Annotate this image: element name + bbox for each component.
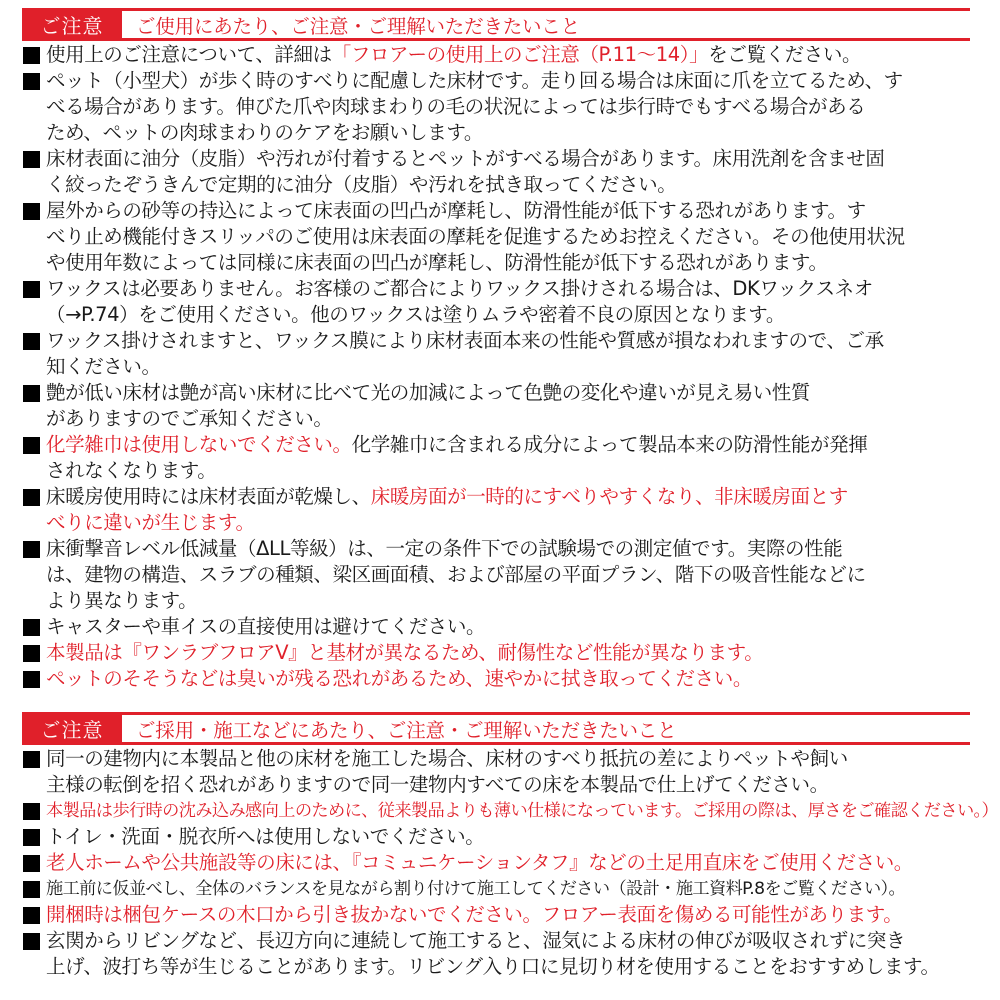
- notice-item: 同一の建物内に本製品と他の床材を施工した場合、床材のすべり抵抗の差によりペットや…: [22, 746, 970, 798]
- body-text: や使用年数によっては同様に床表面の凹凸が摩耗し、防滑性能が低下する恐れがあります…: [46, 251, 828, 274]
- emphasis-text: 老人ホームや公共施設等の床には、『コミュニケーションタフ』などの土足用直床をご使…: [46, 851, 913, 874]
- notice-line: 施工前に仮並べし、全体のバランスを見ながら割り付けて施工してください（設計・施工…: [46, 876, 970, 902]
- notice-line: べり止め機能付きスリッパのご使用は床表面の摩耗を促進するためお控えください。その…: [46, 224, 970, 250]
- notice-line: 同一の建物内に本製品と他の床材を施工した場合、床材のすべり抵抗の差によりペットや…: [46, 746, 970, 772]
- square-bullet-icon: [23, 671, 40, 688]
- square-bullet-icon: [23, 855, 40, 872]
- notice-line: トイレ・洗面・脱衣所へは使用しないでください。: [46, 824, 970, 850]
- notice-item: 本製品は『ワンラブフロアV』と基材が異なるため、耐傷性など性能が異なります。: [22, 640, 970, 666]
- notice-line: く絞ったぞうきんで定期的に油分（皮脂）や汚れを拭き取ってください。: [46, 172, 970, 198]
- body-text: 同一の建物内に本製品と他の床材を施工した場合、床材のすべり抵抗の差によりペットや…: [46, 747, 848, 770]
- notice-item: ペットのそそうなどは臭いが残る恐れがあるため、速やかに拭き取ってください。: [22, 666, 970, 692]
- square-bullet-icon: [23, 881, 40, 898]
- body-text: く絞ったぞうきんで定期的に油分（皮脂）や汚れを拭き取ってください。: [46, 173, 676, 196]
- notice-line: ため、ペットの肉球まわりのケアをお願いします。: [46, 120, 970, 146]
- body-text: 床衝撃音レベル低減量（ΔLL等級）は、一定の条件下での試験場での測定値です。実際…: [46, 537, 842, 560]
- body-text: ワックス掛けされますと、ワックス膜により床材表面本来の性能や質感が損なわれますの…: [46, 329, 884, 352]
- emphasis-text: 「フロアーの使用上のご注意（P.11〜14）」: [332, 43, 709, 66]
- body-text: をご覧ください。: [708, 43, 861, 66]
- square-bullet-icon: [23, 907, 40, 924]
- emphasis-text: 開梱時は梱包ケースの木口から引き抜かないでください。フロアー表面を傷める可能性が…: [46, 903, 902, 926]
- body-text: がありますのでご承知ください。: [46, 407, 333, 430]
- notice-item: 艶が低い床材は艶が高い床材に比べて光の加減によって色艶の変化や違いが見え易い性質…: [22, 380, 970, 432]
- square-bullet-icon: [23, 619, 40, 636]
- body-text: 施工前に仮並べし、全体のバランスを見ながら割り付けて施工してください（設計・施工…: [46, 879, 905, 899]
- notice-item: ワックス掛けされますと、ワックス膜により床材表面本来の性能や質感が損なわれますの…: [22, 328, 970, 380]
- notice-item: 床材表面に油分（皮脂）や汚れが付着するとペットがすべる場合があります。床用洗剤を…: [22, 146, 970, 198]
- body-text: 床暖房使用時には床材表面が乾燥し、: [46, 485, 371, 508]
- notice-title: ご採用・施工などにあたり、ご注意・ご理解いただきたいこと: [122, 715, 676, 742]
- square-bullet-icon: [23, 333, 40, 350]
- notice-header: ご注意 ご使用にあたり、ご注意・ご理解いただきたいこと: [22, 8, 970, 41]
- square-bullet-icon: [23, 933, 40, 950]
- body-text: は、建物の構造、スラブの種類、梁区画面積、および部屋の平面プラン、階下の吸音性能…: [46, 563, 866, 586]
- square-bullet-icon: [23, 203, 40, 220]
- notice-item: 老人ホームや公共施設等の床には、『コミュニケーションタフ』などの土足用直床をご使…: [22, 850, 970, 876]
- notice-item: キャスターや車イスの直接使用は避けてください。: [22, 614, 970, 640]
- notice-line: 床暖房使用時には床材表面が乾燥し、床暖房面が一時的にすべりやすくなり、非床暖房面…: [46, 484, 970, 510]
- notice-line: （→P.74）をご使用ください。他のワックスは塗りムラや密着不良の原因となります…: [46, 302, 970, 328]
- notice-item: 屋外からの砂等の持込によって床表面の凹凸が摩耗し、防滑性能が低下する恐れがありま…: [22, 198, 970, 276]
- notice-line: 本製品は歩行時の沈み込み感向上のために、従来製品よりも薄い仕様になっています。ご…: [46, 798, 970, 824]
- square-bullet-icon: [23, 803, 40, 820]
- notice-line: 知ください。: [46, 354, 970, 380]
- emphasis-text: 床暖房面が一時的にすべりやすくなり、非床暖房面とす: [371, 485, 848, 508]
- notice-line: ワックスは必要ありません。お客様のご都合によりワックス掛けされる場合は、DKワッ…: [46, 276, 970, 302]
- notice-line: キャスターや車イスの直接使用は避けてください。: [46, 614, 970, 640]
- notice-title: ご使用にあたり、ご注意・ご理解いただきたいこと: [122, 11, 580, 38]
- square-bullet-icon: [23, 489, 40, 506]
- notice-header: ご注意 ご採用・施工などにあたり、ご注意・ご理解いただきたいこと: [22, 712, 970, 745]
- body-text: 知ください。: [46, 355, 161, 378]
- notice-line: べりに違いが生じます。: [46, 510, 970, 536]
- square-bullet-icon: [23, 437, 40, 454]
- square-bullet-icon: [23, 829, 40, 846]
- body-text: されなくなります。: [46, 459, 216, 482]
- notice-label: ご注意: [22, 715, 122, 742]
- notice-line: ワックス掛けされますと、ワックス膜により床材表面本来の性能や質感が損なわれますの…: [46, 328, 970, 354]
- square-bullet-icon: [23, 751, 40, 768]
- body-text: 上げ、波打ち等が生じることがあります。リビング入り口に見切り材を使用することをお…: [46, 955, 940, 978]
- body-text: ワックスは必要ありません。お客様のご都合によりワックス掛けされる場合は、DKワッ…: [46, 277, 873, 300]
- notice-line: 老人ホームや公共施設等の床には、『コミュニケーションタフ』などの土足用直床をご使…: [46, 850, 970, 876]
- body-text: 玄関からリビングなど、長辺方向に連続して施工すると、湿気による床材の伸びが吸収さ…: [46, 929, 905, 952]
- notice-line: 本製品は『ワンラブフロアV』と基材が異なるため、耐傷性など性能が異なります。: [46, 640, 970, 666]
- body-text: べる場合があります。伸びた爪や肉球まわりの毛の状況によっては歩行時でもすべる場合…: [46, 95, 865, 118]
- notice-line: 床衝撃音レベル低減量（ΔLL等級）は、一定の条件下での試験場での測定値です。実際…: [46, 536, 970, 562]
- body-text: （→P.74）をご使用ください。他のワックスは塗りムラや密着不良の原因となります…: [46, 303, 785, 326]
- notice-line: より異なります。: [46, 588, 970, 614]
- notice-item: ペット（小型犬）が歩く時のすべりに配慮した床材です。走り回る場合は床面に爪を立て…: [22, 68, 970, 146]
- notice-line: 上げ、波打ち等が生じることがあります。リビング入り口に見切り材を使用することをお…: [46, 954, 970, 980]
- notice-line: 屋外からの砂等の持込によって床表面の凹凸が摩耗し、防滑性能が低下する恐れがありま…: [46, 198, 970, 224]
- notice-item: 床衝撃音レベル低減量（ΔLL等級）は、一定の条件下での試験場での測定値です。実際…: [22, 536, 970, 614]
- notice-line: や使用年数によっては同様に床表面の凹凸が摩耗し、防滑性能が低下する恐れがあります…: [46, 250, 970, 276]
- square-bullet-icon: [23, 73, 40, 90]
- notice-list: 同一の建物内に本製品と他の床材を施工した場合、床材のすべり抵抗の差によりペットや…: [22, 746, 970, 980]
- notice-section-usage: ご注意 ご使用にあたり、ご注意・ご理解いただきたいこと 使用上のご注意について、…: [22, 8, 970, 692]
- notice-line: 使用上のご注意について、詳細は「フロアーの使用上のご注意（P.11〜14）」をご…: [46, 42, 970, 68]
- body-text: 主様の転倒を招く恐れがありますので同一建物内すべての床を本製品で仕上げてください…: [46, 773, 829, 796]
- notice-line: 床材表面に油分（皮脂）や汚れが付着するとペットがすべる場合があります。床用洗剤を…: [46, 146, 970, 172]
- notice-line: 化学雑巾は使用しないでください。化学雑巾に含まれる成分によって製品本来の防滑性能…: [46, 432, 970, 458]
- square-bullet-icon: [23, 151, 40, 168]
- body-text: 化学雑巾に含まれる成分によって製品本来の防滑性能が発揮: [352, 433, 868, 456]
- notice-line: 玄関からリビングなど、長辺方向に連続して施工すると、湿気による床材の伸びが吸収さ…: [46, 928, 970, 954]
- notice-line: 艶が低い床材は艶が高い床材に比べて光の加減によって色艶の変化や違いが見え易い性質: [46, 380, 970, 406]
- body-text: より異なります。: [46, 589, 197, 612]
- body-text: トイレ・洗面・脱衣所へは使用しないでください。: [46, 825, 484, 848]
- notice-item: 化学雑巾は使用しないでください。化学雑巾に含まれる成分によって製品本来の防滑性能…: [22, 432, 970, 484]
- notice-label: ご注意: [22, 11, 122, 38]
- body-text: ため、ペットの肉球まわりのケアをお願いします。: [46, 121, 483, 144]
- emphasis-text: 化学雑巾は使用しないでください。: [46, 433, 352, 456]
- emphasis-text: ペットのそそうなどは臭いが残る恐れがあるため、速やかに拭き取ってください。: [46, 667, 752, 690]
- notice-item: 本製品は歩行時の沈み込み感向上のために、従来製品よりも薄い仕様になっています。ご…: [22, 798, 970, 824]
- notice-line: がありますのでご承知ください。: [46, 406, 970, 432]
- square-bullet-icon: [23, 645, 40, 662]
- notice-line: は、建物の構造、スラブの種類、梁区画面積、および部屋の平面プラン、階下の吸音性能…: [46, 562, 970, 588]
- notice-item: トイレ・洗面・脱衣所へは使用しないでください。: [22, 824, 970, 850]
- notice-item: 開梱時は梱包ケースの木口から引き抜かないでください。フロアー表面を傷める可能性が…: [22, 902, 970, 928]
- body-text: 艶が低い床材は艶が高い床材に比べて光の加減によって色艶の変化や違いが見え易い性質: [46, 381, 810, 404]
- emphasis-text: べりに違いが生じます。: [46, 511, 255, 534]
- square-bullet-icon: [23, 47, 40, 64]
- notice-section-installation: ご注意 ご採用・施工などにあたり、ご注意・ご理解いただきたいこと 同一の建物内に…: [22, 712, 970, 980]
- notice-item: ワックスは必要ありません。お客様のご都合によりワックス掛けされる場合は、DKワッ…: [22, 276, 970, 328]
- body-text: キャスターや車イスの直接使用は避けてください。: [46, 615, 485, 638]
- notice-line: ペット（小型犬）が歩く時のすべりに配慮した床材です。走り回る場合は床面に爪を立て…: [46, 68, 970, 94]
- notice-line: べる場合があります。伸びた爪や肉球まわりの毛の状況によっては歩行時でもすべる場合…: [46, 94, 970, 120]
- body-text: ペット（小型犬）が歩く時のすべりに配慮した床材です。走り回る場合は床面に爪を立て…: [46, 69, 903, 92]
- notice-item: 施工前に仮並べし、全体のバランスを見ながら割り付けて施工してください（設計・施工…: [22, 876, 970, 902]
- notice-line: されなくなります。: [46, 458, 970, 484]
- notice-line: 開梱時は梱包ケースの木口から引き抜かないでください。フロアー表面を傷める可能性が…: [46, 902, 970, 928]
- notice-line: 主様の転倒を招く恐れがありますので同一建物内すべての床を本製品で仕上げてください…: [46, 772, 970, 798]
- notice-item: 使用上のご注意について、詳細は「フロアーの使用上のご注意（P.11〜14）」をご…: [22, 42, 970, 68]
- body-text: 屋外からの砂等の持込によって床表面の凹凸が摩耗し、防滑性能が低下する恐れがありま…: [46, 199, 866, 222]
- notice-line: ペットのそそうなどは臭いが残る恐れがあるため、速やかに拭き取ってください。: [46, 666, 970, 692]
- body-text: 床材表面に油分（皮脂）や汚れが付着するとペットがすべる場合があります。床用洗剤を…: [46, 147, 884, 170]
- square-bullet-icon: [23, 385, 40, 402]
- notice-list: 使用上のご注意について、詳細は「フロアーの使用上のご注意（P.11〜14）」をご…: [22, 42, 970, 692]
- notice-item: 床暖房使用時には床材表面が乾燥し、床暖房面が一時的にすべりやすくなり、非床暖房面…: [22, 484, 970, 536]
- emphasis-text: 本製品は歩行時の沈み込み感向上のために、従来製品よりも薄い仕様になっています。ご…: [46, 801, 998, 821]
- body-text: 使用上のご注意について、詳細は: [46, 43, 332, 66]
- body-text: べり止め機能付きスリッパのご使用は床表面の摩耗を促進するためお控えください。その…: [46, 225, 905, 248]
- notice-item: 玄関からリビングなど、長辺方向に連続して施工すると、湿気による床材の伸びが吸収さ…: [22, 928, 970, 980]
- square-bullet-icon: [23, 541, 40, 558]
- square-bullet-icon: [23, 281, 40, 298]
- emphasis-text: 本製品は『ワンラブフロアV』と基材が異なるため、耐傷性など性能が異なります。: [46, 641, 763, 664]
